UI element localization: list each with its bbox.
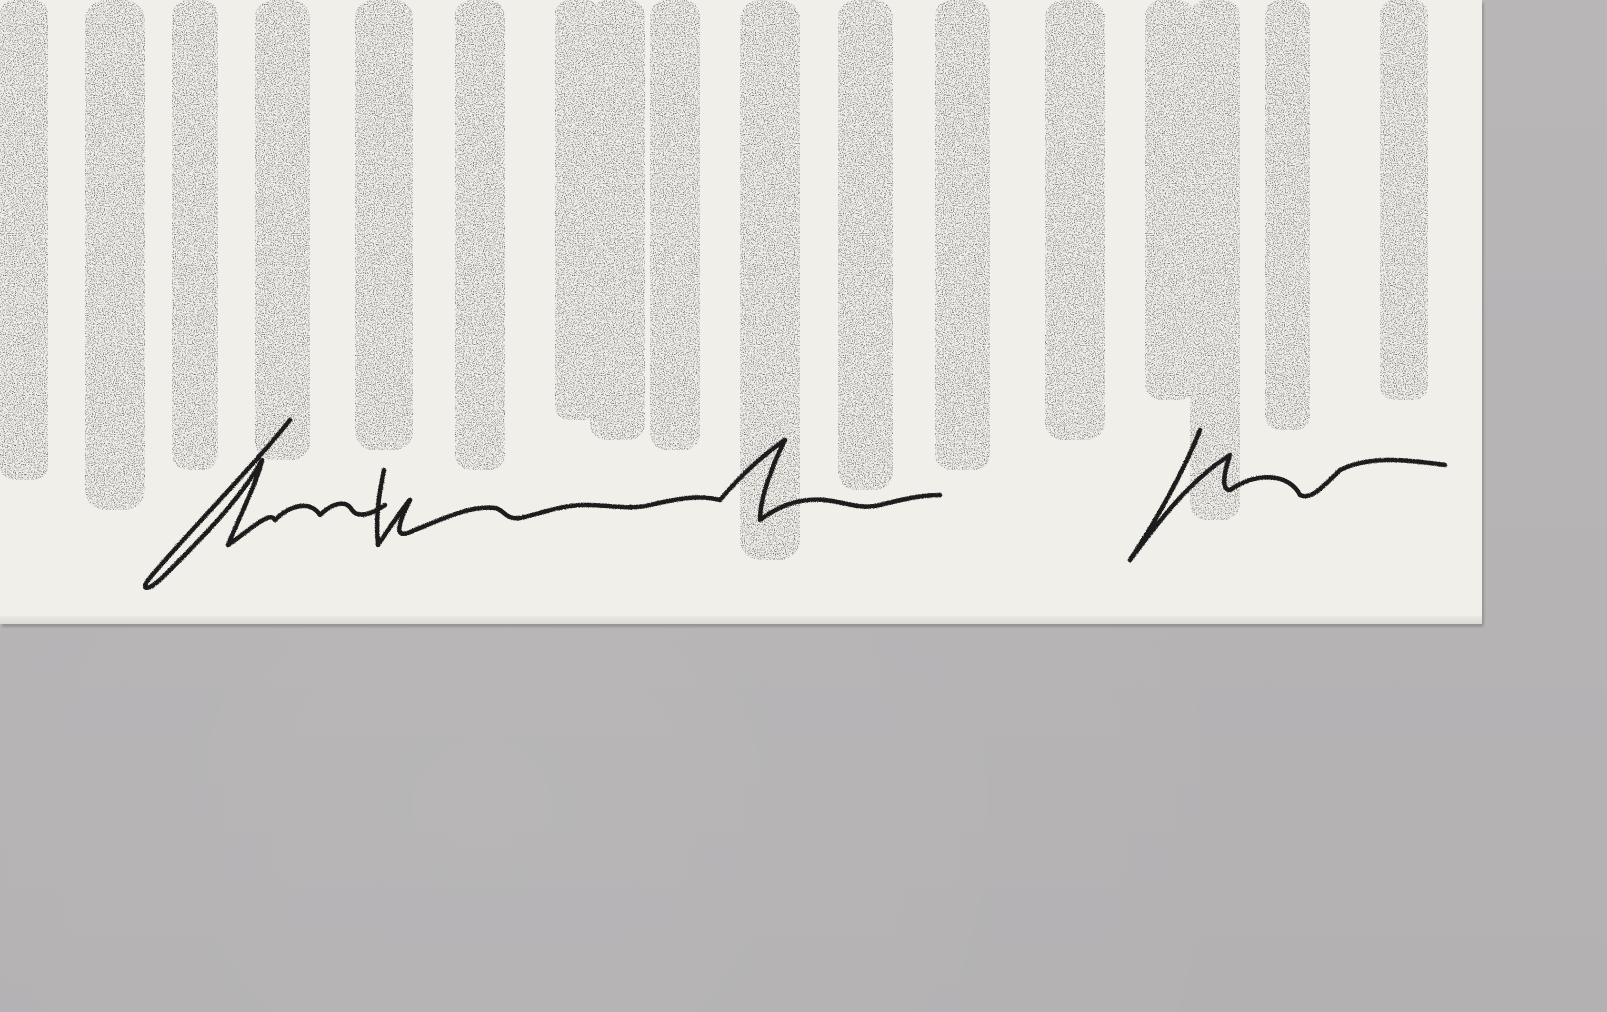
charcoal-strokes xyxy=(0,0,1482,624)
paper-edge xyxy=(0,616,1482,624)
drawing-paper xyxy=(0,0,1482,624)
